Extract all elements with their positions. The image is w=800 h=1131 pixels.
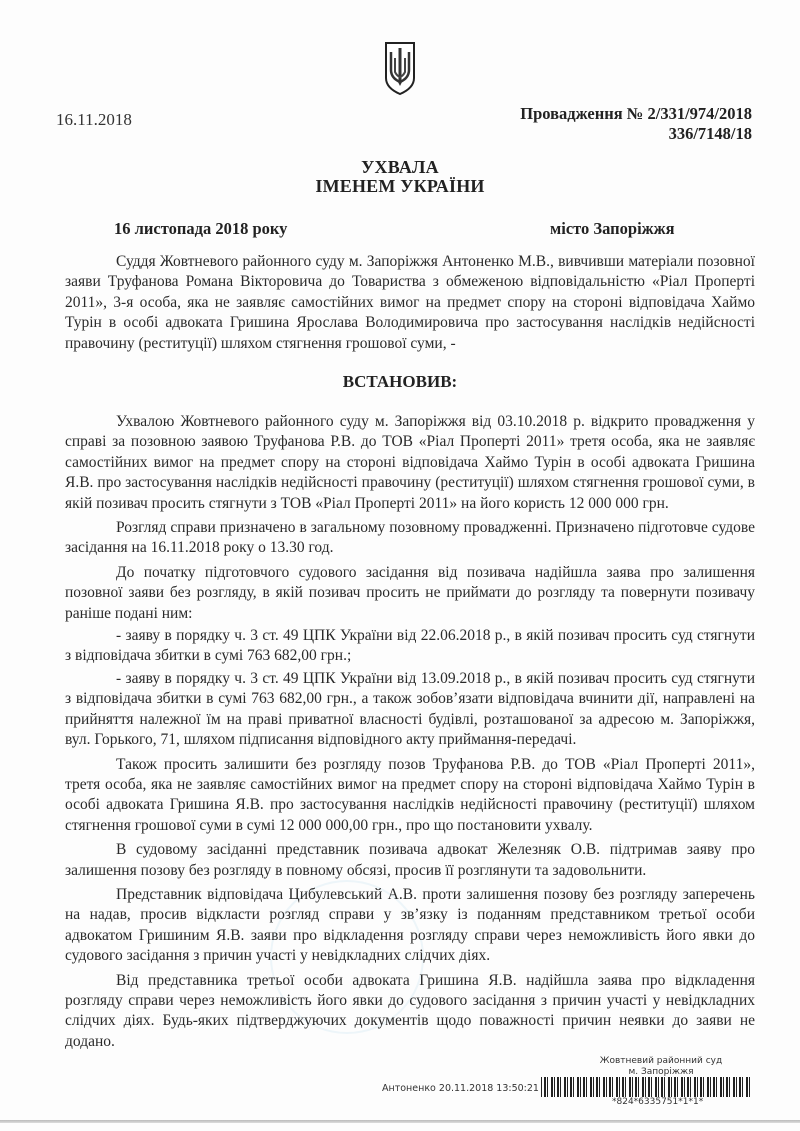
page-edge-divider <box>0 1120 800 1123</box>
paragraph: Розгляд справи призначено в загальному п… <box>65 518 755 559</box>
section-heading-established: ВСТАНОВИВ: <box>0 372 800 392</box>
intro-block: Суддя Жовтневого районного суду м. Запор… <box>65 252 755 354</box>
document-page: 16.11.2018 Провадження № 2/331/974/2018 … <box>0 0 800 1131</box>
paragraph: В судовому засіданні представник позивач… <box>65 840 755 881</box>
list-item: - заяву в порядку ч. 3 ст. 49 ЦПК Україн… <box>65 626 755 667</box>
barcode-number: *824*6335751*1*1* <box>612 1097 703 1107</box>
court-name-line1: Жовтневий районний суд <box>586 1056 736 1067</box>
paragraph: Від представника третьої особи адвоката … <box>65 971 755 1053</box>
ruling-date: 16 листопада 2018 року <box>114 219 287 239</box>
paragraph: До початку підготовчого судового засідан… <box>65 563 755 624</box>
ruling-city: місто Запоріжжя <box>550 219 675 239</box>
case-number: Провадження № 2/331/974/2018 336/7148/18 <box>520 104 752 144</box>
main-body: Ухвалою Жовтневого районного суду м. Зап… <box>65 412 755 1052</box>
court-name: Жовтневий районний суд м. Запоріжжя <box>586 1056 736 1078</box>
document-date: 16.11.2018 <box>56 110 132 130</box>
title-ruling: УХВАЛА <box>0 158 800 177</box>
paragraph: Ухвалою Жовтневого районного суду м. Зап… <box>65 412 755 514</box>
case-number-primary: Провадження № 2/331/974/2018 <box>520 104 752 124</box>
case-number-secondary: 336/7148/18 <box>520 124 752 144</box>
signer-timestamp: Антоненко 20.11.2018 13:50:21 <box>382 1083 539 1094</box>
electronic-signature-footer: Жовтневий районний суд м. Запоріжжя Анто… <box>0 1050 800 1131</box>
intro-paragraph: Суддя Жовтневого районного суду м. Запор… <box>65 252 755 354</box>
list-item: - заяву в порядку ч. 3 ст. 49 ЦПК Україн… <box>65 669 755 751</box>
coat-of-arms-icon <box>384 40 416 96</box>
paragraph: Також просить залишити без розгляду позо… <box>65 755 755 837</box>
title-in-name-of-ukraine: ІМЕНЕМ УКРАЇНИ <box>0 177 800 196</box>
paragraph: Представник відповідача Цибулевський А.В… <box>65 885 755 967</box>
barcode-icon <box>541 1077 751 1097</box>
document-title: УХВАЛА ІМЕНЕМ УКРАЇНИ <box>0 158 800 196</box>
